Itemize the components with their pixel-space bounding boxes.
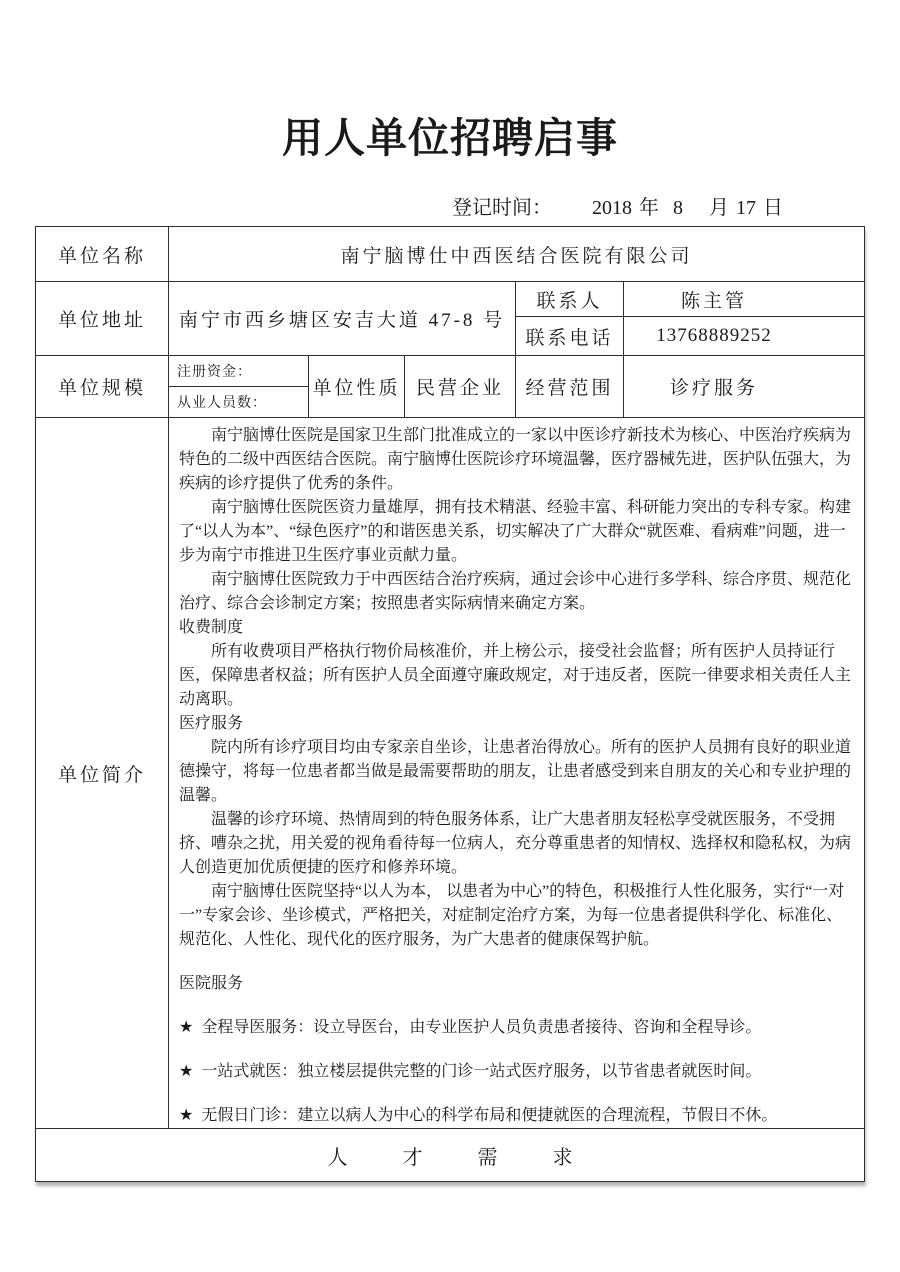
profile-paragraph: 医院服务: [179, 972, 856, 996]
contact-phone-value: 13768889252: [624, 317, 865, 356]
contact-phone-label: 联系电话: [516, 317, 624, 356]
registration-month: 8: [673, 197, 683, 219]
registration-year-unit: 年: [639, 197, 659, 219]
talent-demand-title: 人才需求: [273, 1147, 628, 1169]
registration-month-unit: 月: [709, 197, 729, 219]
service-item: ★全程导医服务：设立导医台，由专业医护人员负责患者接待、咨询和全程导诊。: [179, 1016, 856, 1040]
unit-scale-label: 单位规模: [36, 356, 169, 418]
profile-paragraph: 医疗服务: [179, 712, 856, 736]
unit-scale-row: 单位规模 注册资金： 单位性质 民营企业 经营范围 诊疗服务: [36, 356, 865, 387]
unit-profile-content: 南宁脑博仕医院是国家卫生部门批准成立的一家以中医诊疗新技术为核心、中医治疗疾病为…: [169, 418, 865, 1129]
registration-label: 登记时间：: [452, 197, 552, 219]
talent-demand-row: 人才需求: [36, 1129, 865, 1182]
business-scope-value: 诊疗服务: [624, 356, 865, 418]
business-scope-label: 经营范围: [516, 356, 624, 418]
recruitment-form-table: 单位名称 南宁脑博仕中西医结合医院有限公司 单位地址 南宁市西乡塘区安吉大道 4…: [35, 226, 865, 1182]
registration-day-unit: 日: [763, 197, 783, 219]
unit-address-row: 单位地址 南宁市西乡塘区安吉大道 47-8 号 联系人 陈主管: [36, 282, 865, 317]
profile-paragraph: 温馨的诊疗环境、热情周到的特色服务体系，让广大患者朋友轻松享受就医服务，不受拥挤…: [179, 808, 856, 880]
unit-nature-value: 民营企业: [405, 356, 516, 418]
registration-time-line: 登记时间：2018年8月17日: [452, 196, 900, 220]
profile-paragraph: 南宁脑博仕医院致力于中西医结合治疗疾病，通过会诊中心进行多学科、综合序贯、规范化…: [179, 568, 856, 616]
profile-paragraph: 院内所有诊疗项目均由专家亲自坐诊，让患者治得放心。所有的医护人员拥有良好的职业道…: [179, 736, 856, 808]
unit-name-row: 单位名称 南宁脑博仕中西医结合医院有限公司: [36, 227, 865, 282]
unit-nature-label: 单位性质: [309, 356, 405, 418]
contact-person-value: 陈主管: [624, 282, 865, 317]
employees-count-label: 从业人员数：: [169, 387, 309, 418]
unit-name-label: 单位名称: [36, 227, 169, 282]
profile-paragraph: 所有收费项目严格执行物价局核准价，并上榜公示，接受社会监督；所有医护人员持证行医…: [179, 640, 856, 712]
unit-profile-label: 单位简介: [36, 418, 169, 1129]
contact-person-label: 联系人: [516, 282, 624, 317]
profile-paragraph: 收费制度: [179, 616, 856, 640]
registered-capital-label: 注册资金：: [169, 356, 309, 387]
talent-demand-cell: 人才需求: [36, 1129, 865, 1182]
unit-profile-row: 单位简介 南宁脑博仕医院是国家卫生部门批准成立的一家以中医诊疗新技术为核心、中医…: [36, 418, 865, 1129]
registration-year: 2018: [592, 197, 632, 219]
unit-address-label: 单位地址: [36, 282, 169, 356]
registration-day: 17: [736, 197, 756, 219]
service-item: ★无假日门诊：建立以病人为中心的科学布局和便捷就医的合理流程，节假日不休。: [179, 1104, 856, 1128]
page-title: 用人单位招聘启事: [0, 112, 900, 164]
star-icon: ★: [179, 1019, 193, 1036]
star-icon: ★: [179, 1063, 193, 1080]
unit-address-value: 南宁市西乡塘区安吉大道 47-8 号: [169, 282, 516, 356]
unit-name-value: 南宁脑博仕中西医结合医院有限公司: [169, 227, 865, 282]
profile-paragraph: 南宁脑博仕医院是国家卫生部门批准成立的一家以中医诊疗新技术为核心、中医治疗疾病为…: [179, 424, 856, 496]
star-icon: ★: [179, 1107, 193, 1124]
profile-paragraph: 南宁脑博仕医院坚持“以人为本， 以患者为中心”的特色，积极推行人性化服务，实行“…: [179, 880, 856, 952]
service-item: ★一站式就医：独立楼层提供完整的门诊一站式医疗服务，以节省患者就医时间。: [179, 1060, 856, 1084]
profile-paragraph: 南宁脑博仕医院医资力量雄厚，拥有技术精湛、经验丰富、科研能力突出的专科专家。构建…: [179, 496, 856, 568]
